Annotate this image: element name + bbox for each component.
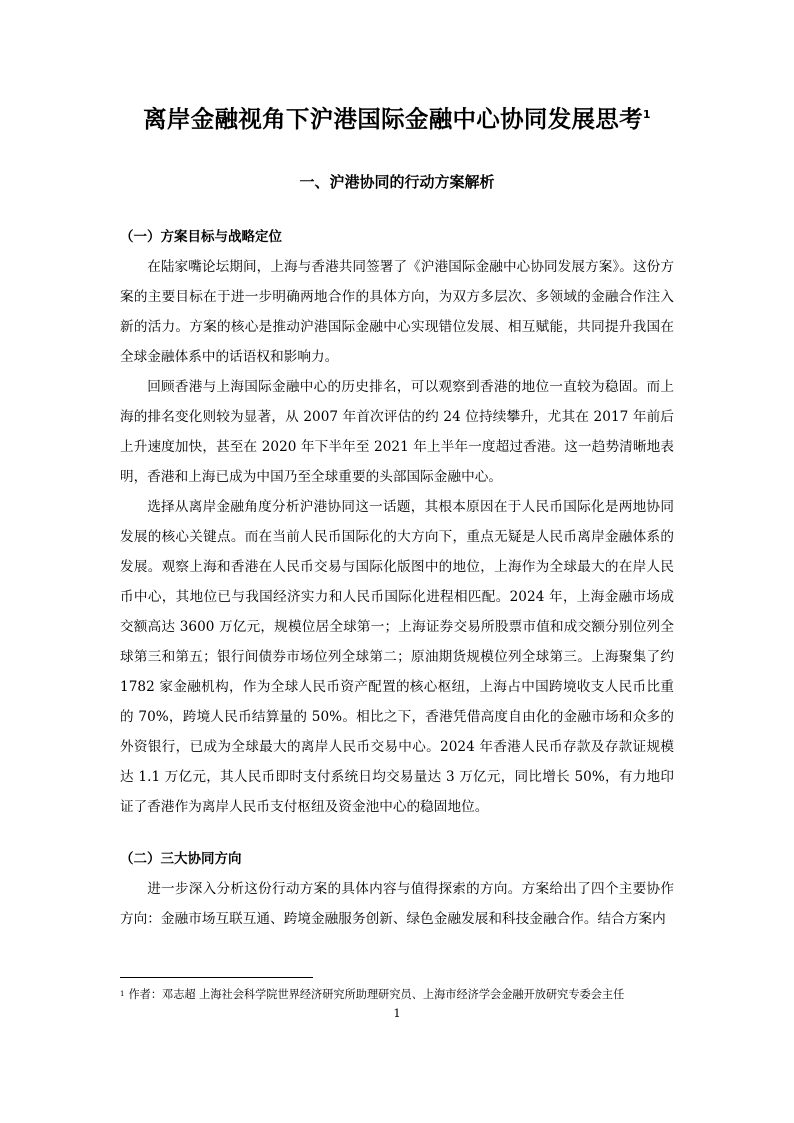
page-number: 1 <box>0 1004 794 1022</box>
subsection-heading: （二）三大协同方向 <box>120 844 674 874</box>
document-page: 离岸金融视角下沪港国际金融中心协同发展思考1 一、沪港协同的行动方案解析 （一）… <box>0 0 794 1123</box>
section-heading: 一、沪港协同的行动方案解析 <box>0 170 794 194</box>
footnote: 1作者：邓志超 上海社会科学院世界经济研究所助理研究员、上海市经济学会金融开放研… <box>120 986 680 1004</box>
footnote-text: 作者：邓志超 上海社会科学院世界经济研究所助理研究员、上海市经济学会金融开放研究… <box>128 988 624 1001</box>
body-paragraph: 选择从离岸金融角度分析沪港协同这一话题，其根本原因在于人民币国际化是两地协同发展… <box>120 492 674 822</box>
subsection-heading: （一）方案目标与战略定位 <box>120 222 674 252</box>
footnote-mark: 1 <box>120 990 124 998</box>
subsection-2: （二）三大协同方向 进一步深入分析这份行动方案的具体内容与值得探索的方向。方案给… <box>120 844 674 934</box>
title-footnote-mark[interactable]: 1 <box>643 108 651 121</box>
document-title-text: 离岸金融视角下沪港国际金融中心协同发展思考 <box>143 105 643 133</box>
body-paragraph: 回顾香港与上海国际金融中心的历史排名，可以观察到香港的地位一直较为稳固。而上海的… <box>120 372 674 492</box>
document-title: 离岸金融视角下沪港国际金融中心协同发展思考1 <box>0 102 794 136</box>
body-paragraph: 在陆家嘴论坛期间，上海与香港共同签署了《沪港国际金融中心协同发展方案》。这份方案… <box>120 252 674 372</box>
body-paragraph: 进一步深入分析这份行动方案的具体内容与值得探索的方向。方案给出了四个主要协作方向… <box>120 874 674 934</box>
subsection-1: （一）方案目标与战略定位 在陆家嘴论坛期间，上海与香港共同签署了《沪港国际金融中… <box>120 222 674 822</box>
footnote-separator <box>120 977 313 978</box>
